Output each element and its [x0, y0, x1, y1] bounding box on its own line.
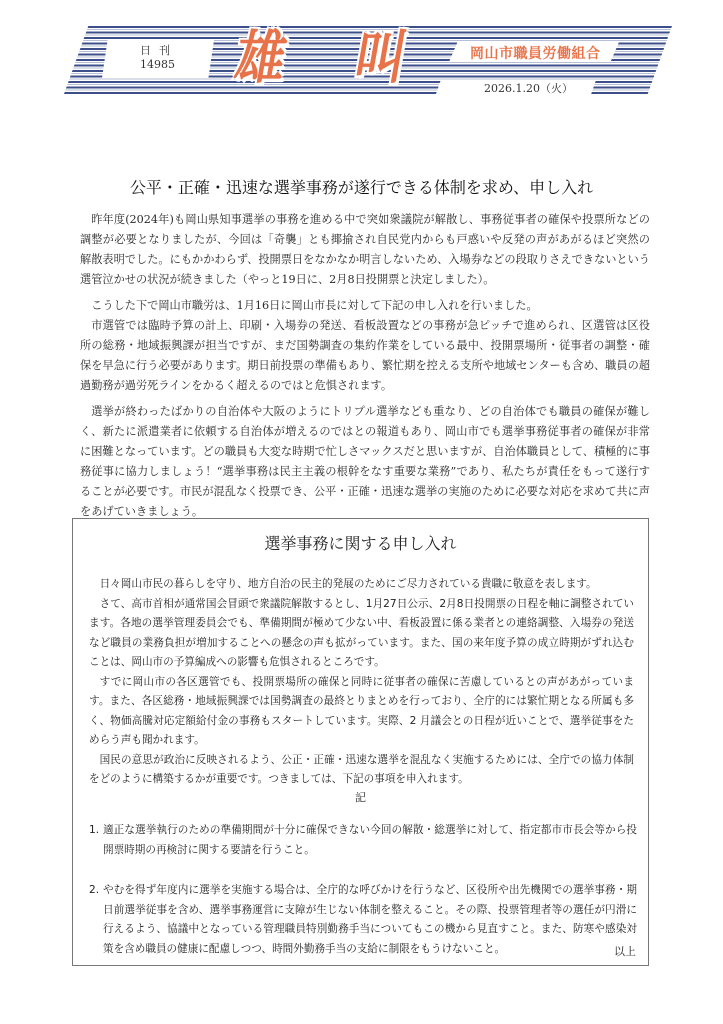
- request-paragraph: 国民の意思が政治に反映されるよう、公正・正確・迅速な選挙を混乱なく実施するために…: [89, 751, 634, 790]
- organization-name: 岡山市職員労働組合: [470, 43, 601, 63]
- request-item-text: 適正な選挙執行のための準備期間が十分に確保できない今回の解散・総選挙に対して、指…: [103, 821, 637, 860]
- masthead: 日刊 14985 雄 叫 岡山市職員労働組合 2026.1.20（火）: [64, 26, 672, 94]
- issue-number: 14985: [140, 58, 175, 71]
- request-item-number: 2.: [89, 881, 103, 959]
- publication-type: 日刊: [140, 42, 178, 58]
- request-title: 選挙事務に関する申し入れ: [73, 531, 648, 554]
- request-item-text: やむを得ず年度内に選挙を実施する場合は、全庁的な呼びかけを行うなど、区役所や出先…: [103, 881, 637, 959]
- body-paragraph: 選挙が終わったばかりの自治体や大阪のようにトリプル選挙なども重なり、どの自治体で…: [80, 402, 650, 522]
- request-item: 1. 適正な選挙執行のための準備期間が十分に確保できない今回の解散・総選挙に対し…: [89, 821, 637, 860]
- issue-date: 2026.1.20（火）: [484, 80, 573, 96]
- article-body: 昨年度(2024年)も岡山県知事選挙の事務を進める中で突如衆議院が解散し、事務従…: [80, 210, 650, 522]
- request-items: 1. 適正な選挙執行のための準備期間が十分に確保できない今回の解散・総選挙に対し…: [89, 821, 637, 980]
- request-paragraph: 日々岡山市民の暮らしを守り、地方自治の民主的発展のためにご尽力されている貴職に敬…: [89, 575, 634, 595]
- request-paragraph: すでに岡山市の各区選管でも、投開票場所の確保と同時に従事者の確保に苦慮していると…: [89, 673, 634, 751]
- closing-mark: 以上: [614, 943, 636, 959]
- body-paragraph: 昨年度(2024年)も岡山県知事選挙の事務を進める中で突如衆議院が解散し、事務従…: [80, 210, 650, 290]
- request-item: 2. やむを得ず年度内に選挙を実施する場合は、全庁的な呼びかけを行うなど、区役所…: [89, 881, 637, 959]
- headline: 公平・正確・迅速な選挙事務が遂行できる体制を求め、申し入れ: [0, 175, 723, 198]
- ki-label: 記: [73, 789, 648, 805]
- body-paragraph: 市選管では臨時予算の計上、印刷・入場券の発送、看板設置などの事務が急ピッチで進め…: [80, 316, 650, 396]
- body-paragraph: こうした下で岡山市職労は、1月16日に岡山市長に対して下記の申し入れを行いました…: [80, 296, 650, 316]
- request-paragraph: さて、高市首相が通常国会冒頭で衆議院解散するとし、1月27日公示、2月8日投開票…: [89, 595, 634, 673]
- request-item-number: 1.: [89, 821, 103, 860]
- request-box: 選挙事務に関する申し入れ 日々岡山市民の暮らしを守り、地方自治の民主的発展のため…: [72, 518, 649, 966]
- request-body: 日々岡山市民の暮らしを守り、地方自治の民主的発展のためにご尽力されている貴職に敬…: [89, 575, 634, 790]
